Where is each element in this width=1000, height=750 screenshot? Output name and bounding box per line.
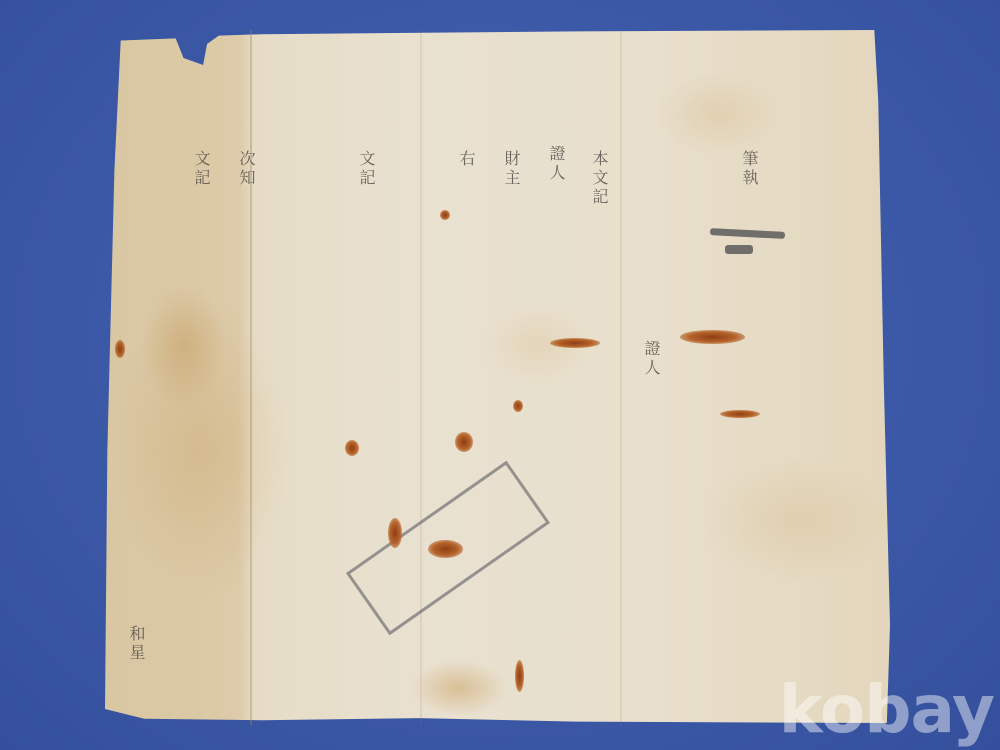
manuscript-paper [105, 30, 890, 730]
ink-column: 財主 [500, 150, 523, 188]
ink-column: 筆執 [738, 150, 761, 188]
ink-column: 右 [455, 150, 478, 169]
brush-stroke [725, 245, 753, 254]
ink-column: 本文記 [588, 150, 611, 207]
rust-stain [550, 338, 600, 348]
rust-stain [513, 400, 523, 412]
rust-stain [388, 518, 402, 548]
rust-stain [345, 440, 359, 456]
kobay-watermark: kobay [779, 671, 994, 748]
bottom-left-mark: 和星 [125, 625, 148, 663]
paper-fold-line [620, 30, 622, 725]
rust-stain [440, 210, 450, 220]
rust-stain [455, 432, 473, 452]
ink-column: 文記 [190, 150, 213, 188]
rust-stain [515, 660, 524, 692]
rust-stain [428, 540, 463, 558]
rust-stain [680, 330, 745, 344]
rust-stain [720, 410, 760, 418]
rust-stain [115, 340, 125, 358]
ink-column: 證人 [545, 145, 568, 183]
ink-column: 文記 [355, 150, 378, 188]
ink-column: 證人 [640, 340, 663, 378]
ink-column: 次知 [235, 150, 258, 188]
paper-fold-line [250, 30, 252, 725]
paper-fold-line [420, 30, 422, 725]
